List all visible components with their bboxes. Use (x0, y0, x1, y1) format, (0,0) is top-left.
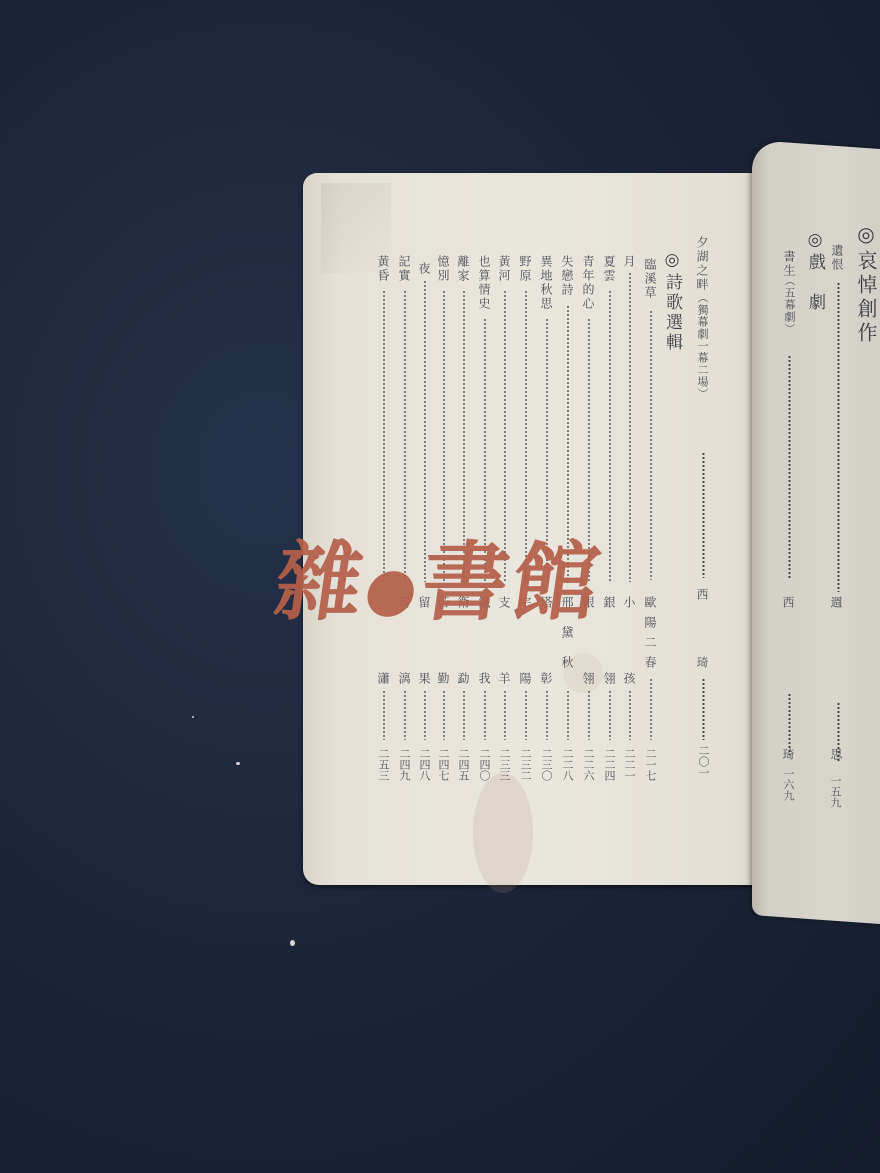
leader-dots (383, 690, 385, 740)
entry-title: 野原 (519, 255, 531, 283)
entry-title: 記實 (398, 255, 410, 283)
entry-title: 黃昏 (377, 255, 389, 283)
dust-speck (192, 716, 194, 718)
leader-dots (609, 690, 611, 740)
leader-dots (629, 690, 631, 740)
entry-page: 二四〇 (479, 748, 490, 781)
entry-page: 二四七 (438, 748, 449, 781)
leader-dots (629, 272, 631, 582)
entry-page: 二五三 (378, 748, 389, 781)
entry-title: 憶別 (437, 255, 449, 283)
section-heading-drama: ◎戲 劇 (806, 230, 823, 313)
entry-title: 離家 (457, 255, 469, 283)
entry-title: 也算情史 (478, 255, 490, 311)
leader-dots (463, 690, 465, 740)
leader-dots (504, 690, 506, 740)
entry-title: 青年的心 (582, 255, 594, 311)
leader-dots (702, 452, 705, 578)
entry-note: （獨幕劇一幕二場） (697, 292, 708, 400)
entry-page: 二四八 (419, 748, 430, 781)
entry-author: 西 琦 (696, 588, 708, 690)
entry-page: 一五九 (830, 775, 841, 808)
entry-author: 歐陽二春 (644, 596, 656, 676)
entry-page: 二二一 (624, 748, 635, 781)
entry-page: 二〇一 (698, 745, 709, 778)
entry-page: 二一七 (645, 748, 656, 781)
section-heading-poetry: ◎詩歌選輯 (663, 250, 680, 353)
paper-stain (473, 773, 533, 893)
leader-dots (484, 690, 486, 740)
leader-dots (546, 690, 548, 740)
leader-dots (837, 282, 840, 592)
leader-dots (650, 678, 652, 740)
entry-title: 夜 (418, 262, 430, 276)
entry-page: 二四五 (458, 748, 469, 781)
entry-note: （五幕劇） (784, 275, 795, 335)
entry-title: 夏雲 (603, 255, 615, 283)
entry-page: 二二八 (562, 748, 573, 781)
dust-speck (236, 762, 240, 765)
leader-dots (525, 690, 527, 740)
leader-dots (650, 310, 652, 580)
entry-title: 失戀詩 (561, 255, 573, 297)
leader-dots (837, 702, 840, 762)
leader-dots (588, 690, 590, 740)
entry-title: 月 (623, 255, 635, 269)
entry-page: 二三〇 (541, 748, 552, 781)
entry-title: 臨溪草 (644, 258, 656, 300)
entry-page: 二二四 (604, 748, 615, 781)
entry-page: 二四九 (399, 748, 410, 781)
watermark-logo: 雜●書館 (268, 528, 610, 638)
watermark-text: 書館 (415, 532, 609, 633)
entry-title: 書生 (783, 250, 795, 278)
entry-title: 黃河 (498, 255, 510, 283)
leader-dots (609, 290, 611, 582)
leader-dots (788, 693, 791, 755)
entry-page: 二三二 (520, 748, 531, 781)
entry-page: 一六九 (783, 768, 794, 801)
leader-dots (443, 690, 445, 740)
leader-dots (424, 690, 426, 740)
entry-page: 二三三 (499, 748, 510, 781)
leader-dots (702, 678, 705, 740)
entry-title: 異地秋思 (540, 255, 552, 311)
dust-speck (290, 940, 295, 946)
entry-page: 二二六 (583, 748, 594, 781)
leader-dots (788, 355, 791, 580)
leader-dots (404, 690, 406, 740)
entry-title: 遺恨 (831, 244, 843, 272)
entry-title: 夕湖之畔 (696, 236, 708, 292)
section-heading-elegy: ◎哀悼創作 (856, 222, 876, 346)
leader-dots (567, 690, 569, 740)
watermark-text: 雜 (269, 532, 373, 633)
watermark-dot: ● (360, 555, 426, 625)
